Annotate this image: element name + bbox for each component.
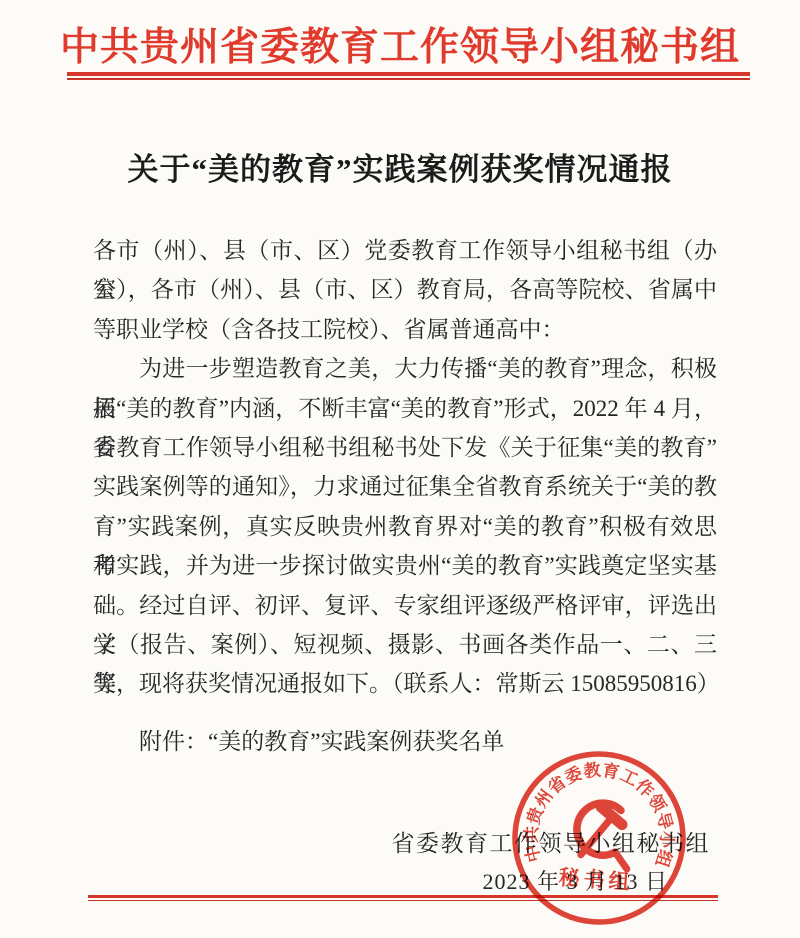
body-line: 为进一步塑造教育之美，大力传播“美的教育”理念，积极拓 [93, 349, 717, 388]
body-line: 委教育工作领导小组秘书组秘书处下发《关于征集“美的教育” [93, 428, 717, 467]
body-line: 奖，现将获奖情况通报如下。（联系人：常斯云 15085950816） [93, 664, 717, 703]
body-line: 等职业学校（含各技工院校）、省属普通高中： [93, 310, 717, 349]
body-line: 和实践，并为进一步探讨做实贵州“美的教育”实践奠定坚实基 [93, 546, 717, 585]
official-seal: 中共贵州省委教育工作领导小组 秘书组 [498, 737, 701, 938]
body-line: 展“美的教育”内涵，不断丰富“美的教育”形式，2022 年 4 月，省 [93, 389, 717, 428]
body-line: 室），各市（州）、县（市、区）教育局，各高等院校、省属中 [93, 270, 717, 309]
body-line: 础。经过自评、初评、复评、专家组评逐级严格评审，评选出文 [93, 586, 717, 625]
document-page: 中共贵州省委教育工作领导小组秘书组 关于“美的教育”实践案例获奖情况通报 各市（… [0, 0, 800, 938]
body-line: 学（报告、案例）、短视频、摄影、书画各类作品一、二、三等 [93, 625, 717, 664]
document-title: 关于“美的教育”实践案例获奖情况通报 [0, 144, 800, 189]
document-header-org-name: 中共贵州省委教育工作领导小组秘书组 [0, 16, 800, 72]
body-line: 实践案例等的通知》，力求通过征集全省教育系统关于“美的教 [93, 467, 717, 506]
document-body: 各市（州）、县（市、区）党委教育工作领导小组秘书组（办公室），各市（州）、县（市… [93, 231, 717, 704]
hammer-and-sickle-icon [574, 801, 631, 869]
seal-bottom-text: 秘书组 [558, 865, 634, 894]
body-line: 育”实践案例，真实反映贵州教育界对“美的教育”积极有效思考 [93, 507, 717, 546]
body-line: 各市（州）、县（市、区）党委教育工作领导小组秘书组（办公 [93, 231, 717, 270]
red-separator-top [67, 72, 750, 80]
